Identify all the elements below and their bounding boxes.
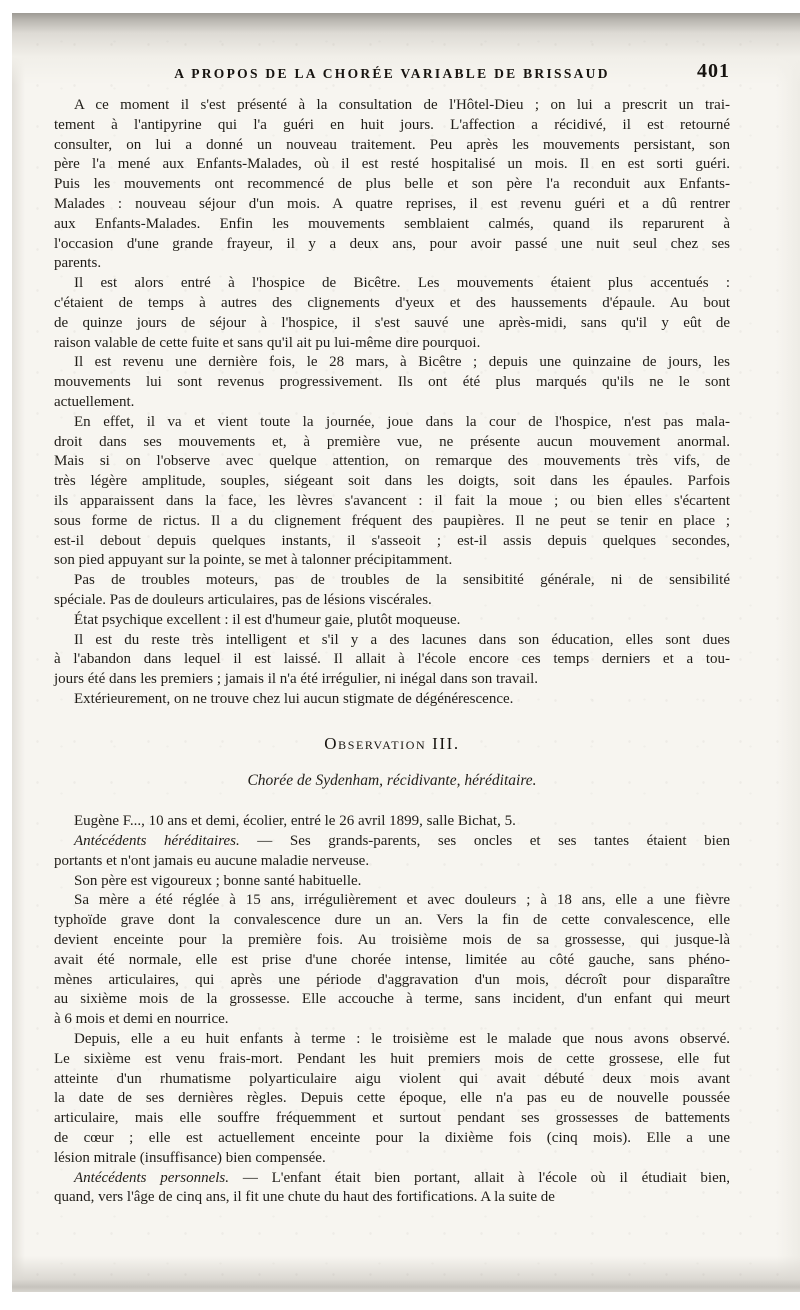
paragraph: Il est alors entré à l'hospice de Bicêtr… [54,274,730,353]
paragraph: Son père est vigoureux ; bonne santé hab… [54,872,730,892]
text-line: atteinte d'un rhumatisme polyarticulaire… [54,1070,730,1090]
text-line: raison valable de cette fuite et sans qu… [54,334,730,354]
paragraph: Extérieurement, on ne trouve chez lui au… [54,690,730,710]
paragraph: Il est du reste très intelligent et s'il… [54,631,730,690]
text-line: Il est revenu une dernière fois, le 28 m… [54,353,730,373]
paragraph: Sa mère a été réglée à 15 ans, irréguliè… [54,891,730,1030]
text-line: État psychique excellent : il est d'hume… [54,611,730,631]
text-line: très légère amplitude, souples, siégeant… [54,472,730,492]
text-line: Sa mère a été réglée à 15 ans, irréguliè… [54,891,730,911]
text-line: au sixième mois de la grossesse. Elle ac… [54,990,730,1010]
text-line: droit dans ses mouvements et, à première… [54,433,730,453]
italic-lead: Antécédents héréditaires. [74,833,240,849]
text-line: est-il debout depuis quelques instants, … [54,532,730,552]
text-line: avait été normale, elle est prise d'une … [54,951,730,971]
text-line: à l'abandon dans lequel il est laissé. I… [54,650,730,670]
paragraph: Pas de troubles moteurs, pas de troubles… [54,571,730,611]
text-line: lésion mitrale (insuffisance) bien compe… [54,1149,730,1169]
text-body: A ce moment il s'est présenté à la consu… [54,96,730,1208]
text-line: la date de ses dernières règles. Depuis … [54,1089,730,1109]
observation-heading: Observation III. [54,734,730,754]
text-line: Depuis, elle a eu huit enfants à terme :… [54,1030,730,1050]
text-line: spéciale. Pas de douleurs articulaires, … [54,591,730,611]
text-line: aux Enfants-Malades. Enfin les mouvement… [54,215,730,235]
text-line: Antécédents personnels. — L'enfant était… [54,1169,730,1189]
text-line: père l'a mené aux Enfants-Malades, où il… [54,155,730,175]
page-number: 401 [697,60,730,83]
text-line: Puis les mouvements ont recommencé de pl… [54,175,730,195]
text-line: son pied appuyant sur la pointe, se met … [54,551,730,571]
paragraph: État psychique excellent : il est d'hume… [54,611,730,631]
running-header: A PROPOS DE LA CHORÉE VARIABLE DE BRISSA… [54,62,730,90]
text-line: à 6 mois et demi en nourrice. [54,1010,730,1030]
text-line: Eugène F..., 10 ans et demi, écolier, en… [54,812,730,832]
text-line: c'étaient de temps à autres des cligneme… [54,294,730,314]
text-line: parents. [54,254,730,274]
running-title: A PROPOS DE LA CHORÉE VARIABLE DE BRISSA… [54,62,730,82]
text-line: Mais si on l'observe avec quelque attent… [54,452,730,472]
text-line: Il est du reste très intelligent et s'il… [54,631,730,651]
text-line: En effet, il va et vient toute la journé… [54,413,730,433]
text-line: Son père est vigoureux ; bonne santé hab… [54,872,730,892]
text-line: actuellement. [54,393,730,413]
text-line: portants et n'ont jamais eu aucune malad… [54,852,730,872]
text-line: Le sixième est venu frais-mort. Pendant … [54,1050,730,1070]
text-line: articulaire, mais elle souffre fréquemme… [54,1109,730,1129]
text-line: mènes articulaires, qui après une périod… [54,971,730,991]
text-line: tement à l'antipyrine qui l'a guéri en h… [54,116,730,136]
paragraph: Antécédents héréditaires. — Ses grands-p… [54,832,730,872]
paragraph: Il est revenu une dernière fois, le 28 m… [54,353,730,412]
text-line: de quinze jours de séjour à l'hospice, i… [54,314,730,334]
italic-lead: Antécédents personnels. [74,1170,229,1186]
text-line: Malades : nouveau séjour d'un mois. A qu… [54,195,730,215]
text-block: A PROPOS DE LA CHORÉE VARIABLE DE BRISSA… [54,62,730,1208]
text-line: consulter, on lui a donné un nouveau tra… [54,136,730,156]
observation-subtitle: Chorée de Sydenham, récidivante, hérédit… [54,771,730,791]
paragraph: Depuis, elle a eu huit enfants à terme :… [54,1030,730,1169]
text-line: de cœur ; elle est actuellement enceinte… [54,1129,730,1149]
paragraph: En effet, il va et vient toute la journé… [54,413,730,571]
text-line: ils apparaissent dans la face, les lèvre… [54,492,730,512]
text-line: l'occasion d'une grande frayeur, il y a … [54,235,730,255]
text-line: Pas de troubles moteurs, pas de troubles… [54,571,730,591]
text-line: mouvements lui sont revenus progressivem… [54,373,730,393]
text-line: Extérieurement, on ne trouve chez lui au… [54,690,730,710]
text-line: devient enceinte pour la première fois. … [54,931,730,951]
text-line: Antécédents héréditaires. — Ses grands-p… [54,832,730,852]
text-line: A ce moment il s'est présenté à la consu… [54,96,730,116]
paragraph: A ce moment il s'est présenté à la consu… [54,96,730,274]
paragraph: Eugène F..., 10 ans et demi, écolier, en… [54,812,730,832]
text-line: jours été dans les premiers ; jamais il … [54,670,730,690]
text-line: sous forme de rictus. Il a du clignement… [54,512,730,532]
paragraph: Antécédents personnels. — L'enfant était… [54,1169,730,1209]
text-line: quand, vers l'âge de cinq ans, il fit un… [54,1188,730,1208]
text-line: Il est alors entré à l'hospice de Bicêtr… [54,274,730,294]
text-line: typhoïde grave dont la convalescence dur… [54,911,730,931]
